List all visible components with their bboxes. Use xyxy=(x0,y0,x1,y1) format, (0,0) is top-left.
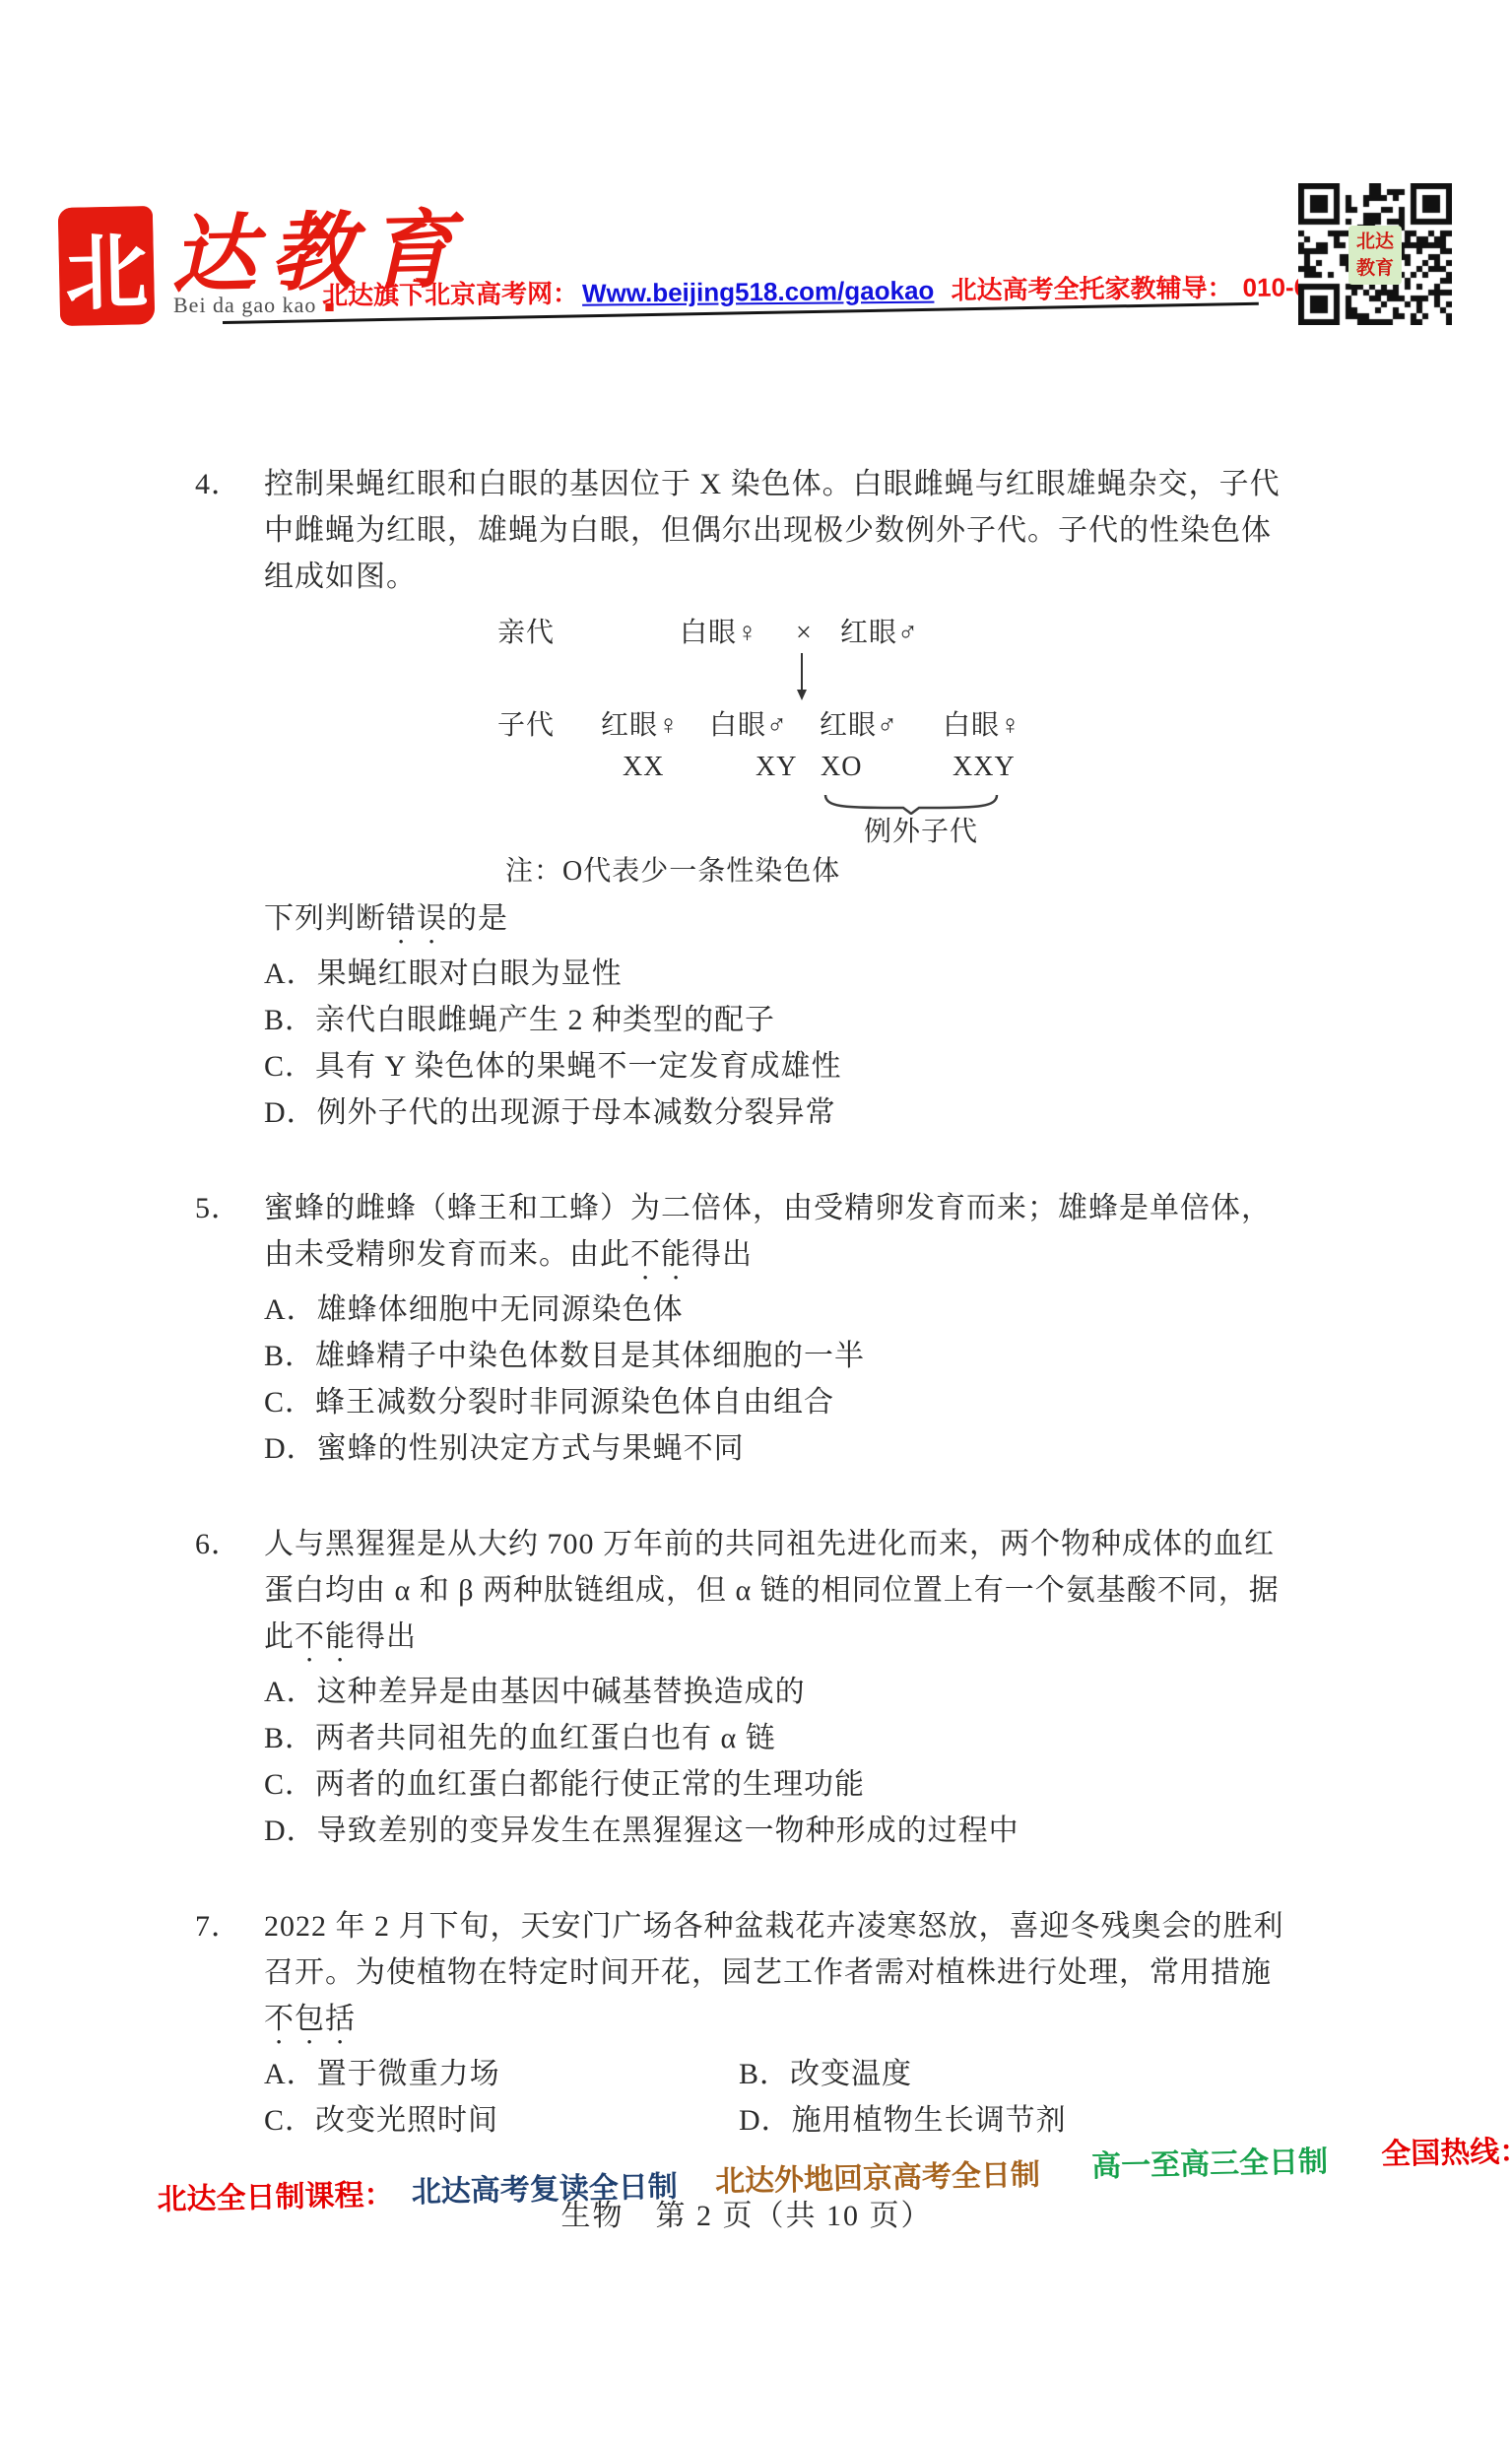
offspring-phenotype: 白眼♀ xyxy=(943,702,1021,749)
stem-text: 蜜蜂的雌蜂（蜂王和工蜂）为二倍体，由受精卵发育而来；雄蜂是单倍体，由未受精卵发育… xyxy=(264,1192,1272,1271)
question-number: 5． xyxy=(195,1185,241,1231)
promo-item-fulltime-repeat: 北达高考复读全日制 xyxy=(411,2161,678,2211)
header-tagline: 北达旗下北京高考网：Www.beijing518.com/gaokao 北达高考… xyxy=(322,266,1409,312)
site-link[interactable]: Www.beijing518.com/gaokao xyxy=(582,276,935,308)
emphasized-text: 不能 xyxy=(295,1620,356,1653)
exam-page: 北 达教育 Bei da gao kao■ 北达旗下北京高考网：Www.beij… xyxy=(0,0,1512,2443)
option-d: D．蜜蜂的性别决定方式与果蝇不同 xyxy=(264,1425,1298,1472)
question-stem: 人与黑猩猩是从大约 700 万年前的共同祖先进化而来，两个物种成体的血红蛋白均由… xyxy=(264,1521,1298,1669)
question-number: 6． xyxy=(195,1521,241,1567)
parent-generation-label: 亲代 xyxy=(497,610,555,656)
stem-text: 得出 xyxy=(691,1238,753,1271)
seal-character: 北 xyxy=(64,206,150,327)
genetics-cross-diagram: 亲代 白眼♀ × 红眼♂ 子代 红眼♀ 白眼♂ 红眼♂ 白眼♀ XX XY XO… xyxy=(497,600,1088,895)
qr-label-line1: 北达 xyxy=(1348,229,1402,255)
question-4: 4． 控制果蝇红眼和白眼的基因位于 X 染色体。白眼雌蝇与红眼雄蝇杂交，子代中雌… xyxy=(195,461,1298,1136)
stem-text: 2022 年 2 月下旬，天安门广场各种盆栽花卉凌寒怒放，喜迎冬残奥会的胜利召开… xyxy=(264,1910,1284,1989)
pinyin-text: Bei da gao kao xyxy=(173,293,316,317)
option-b: B．亲代白眼雌蝇产生 2 种类型的配子 xyxy=(264,997,1298,1043)
option-a: A．这种差异是由基因中碱基替换造成的 xyxy=(264,1669,1298,1715)
question-number: 4． xyxy=(195,461,241,507)
cross-symbol: × xyxy=(796,610,813,656)
tutor-label: 北达高考全托家教辅导： xyxy=(951,273,1232,304)
option-a: A．果蝇红眼对白眼为显性 xyxy=(264,951,1298,997)
parent-male-phenotype: 红眼♂ xyxy=(840,610,919,656)
option-c: C．具有 Y 染色体的果蝇不一定发育成雄性 xyxy=(264,1043,1298,1089)
prompt-text: 下列判断 xyxy=(264,902,386,935)
promo-hotline: 全国热线：400-6168-182 xyxy=(1381,2123,1512,2173)
option-a: A．置于微重力场 xyxy=(264,2051,739,2097)
option-c: C．蜂王减数分裂时非同源染色体自由组合 xyxy=(264,1379,1298,1425)
offspring-karyotype: XY xyxy=(756,744,797,790)
promo-label: 北达全日制课程： xyxy=(157,2170,394,2218)
option-c: C．两者的血红蛋白都能行使正常的生理功能 xyxy=(264,1761,1298,1808)
question-number: 7． xyxy=(195,1903,241,1949)
diagram-note: 注：O代表少一条性染色体 xyxy=(505,848,840,894)
brand-seal-logo: 北 xyxy=(58,206,155,326)
emphasized-text: 错误 xyxy=(386,902,447,935)
question-7: 7． 2022 年 2 月下旬，天安门广场各种盆栽花卉凌寒怒放，喜迎冬残奥会的胜… xyxy=(195,1903,1298,2144)
prompt-text: 的是 xyxy=(447,902,508,935)
emphasized-text: 不能 xyxy=(630,1238,691,1271)
option-d: D．施用植物生长调节剂 xyxy=(739,2097,1298,2144)
question-stem: 蜜蜂的雌蜂（蜂王和工蜂）为二倍体，由受精卵发育而来；雄蜂是单倍体，由未受精卵发育… xyxy=(264,1185,1298,1287)
offspring-phenotype: 红眼♂ xyxy=(820,702,898,749)
offspring-phenotype: 红眼♀ xyxy=(601,702,680,749)
option-b: B．两者共同祖先的血红蛋白也有 α 链 xyxy=(264,1715,1298,1761)
option-d: D．例外子代的出现源于母本减数分裂异常 xyxy=(264,1089,1298,1136)
down-arrow-icon xyxy=(795,653,809,715)
qr-label-line2: 教育 xyxy=(1348,255,1402,282)
option-b: B．改变温度 xyxy=(739,2051,1298,2097)
site-label: 北达旗下北京高考网： xyxy=(322,279,578,310)
question-area: 4． 控制果蝇红眼和白眼的基因位于 X 染色体。白眼雌蝇与红眼雄蝇杂交，子代中雌… xyxy=(195,461,1298,2239)
question-6: 6． 人与黑猩猩是从大约 700 万年前的共同祖先进化而来，两个物种成体的血红蛋… xyxy=(195,1521,1298,1854)
offspring-phenotype: 白眼♂ xyxy=(709,702,788,749)
emphasized-text: 不包括 xyxy=(264,2003,356,2035)
options-grid: A．置于微重力场 B．改变温度 C．改变光照时间 D．施用植物生长调节剂 xyxy=(264,2051,1298,2144)
offspring-generation-label: 子代 xyxy=(497,702,555,749)
question-prompt: 下列判断错误的是 xyxy=(264,895,1298,951)
exception-offspring-label: 例外子代 xyxy=(864,809,978,855)
stem-text: 得出 xyxy=(356,1620,417,1653)
qr-center-label: 北达 教育 xyxy=(1348,226,1402,285)
promo-item-grade1-3: 高一至高三全日制 xyxy=(1091,2137,1329,2185)
option-c: C．改变光照时间 xyxy=(264,2097,739,2144)
option-b: B．雄蜂精子中染色体数目是其体细胞的一半 xyxy=(264,1333,1298,1379)
promo-item-return-beijing: 北达外地回京高考全日制 xyxy=(714,2149,1040,2200)
qr-code: 北达 教育 xyxy=(1298,183,1452,327)
question-stem: 控制果蝇红眼和白眼的基因位于 X 染色体。白眼雌蝇与红眼雄蝇杂交，子代中雌蝇为红… xyxy=(264,461,1298,600)
brand-pinyin: Bei da gao kao■ xyxy=(173,293,336,318)
parent-female-phenotype: 白眼♀ xyxy=(680,610,758,656)
option-a: A．雄蜂体细胞中无同源染色体 xyxy=(264,1287,1298,1333)
question-5: 5． 蜜蜂的雌蜂（蜂王和工蜂）为二倍体，由受精卵发育而来；雄蜂是单倍体，由未受精… xyxy=(195,1185,1298,1472)
option-d: D．导致差别的变异发生在黑猩猩这一物种形成的过程中 xyxy=(264,1808,1298,1854)
question-stem: 2022 年 2 月下旬，天安门广场各种盆栽花卉凌寒怒放，喜迎冬残奥会的胜利召开… xyxy=(264,1903,1298,2051)
offspring-karyotype: XX xyxy=(623,744,664,790)
